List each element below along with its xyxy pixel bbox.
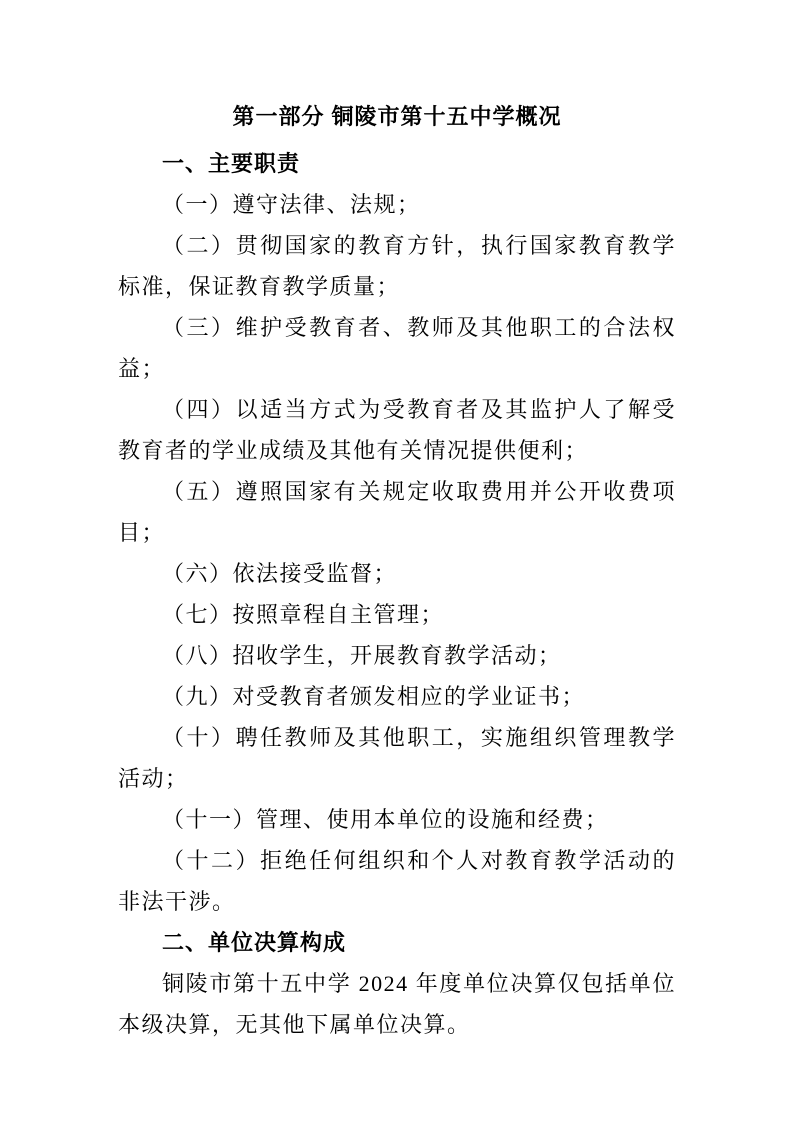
list-item: （二）贯彻国家的教育方针，执行国家教育教学标准，保证教育教学质量； (118, 225, 676, 307)
list-item: （一）遵守法律、法规； (118, 184, 676, 225)
list-item: （五）遵照国家有关规定收取费用并公开收费项目； (118, 471, 676, 553)
list-item: （七）按照章程自主管理； (118, 594, 676, 635)
list-item: （九）对受教育者颁发相应的学业证书； (118, 676, 676, 717)
list-item: （三）维护受教育者、教师及其他职工的合法权益； (118, 307, 676, 389)
list-item: （十二）拒绝任何组织和个人对教育教学活动的非法干涉。 (118, 840, 676, 922)
document-page: 第一部分 铜陵市第十五中学概况 一、主要职责 （一）遵守法律、法规； （二）贯彻… (0, 0, 793, 1122)
list-item: （十）聘任教师及其他职工，实施组织管理教学活动； (118, 717, 676, 799)
list-item: （十一）管理、使用本单位的设施和经费； (118, 799, 676, 840)
list-item: （六）依法接受监督； (118, 553, 676, 594)
section-heading-main-duties: 一、主要职责 (118, 143, 676, 184)
list-item: （四）以适当方式为受教育者及其监护人了解受教育者的学业成绩及其他有关情况提供便利… (118, 389, 676, 471)
paragraph-unit-accounts: 铜陵市第十五中学 2024 年度单位决算仅包括单位本级决算，无其他下属单位决算。 (118, 963, 676, 1045)
page-title: 第一部分 铜陵市第十五中学概况 (118, 95, 676, 139)
list-item: （八）招收学生，开展教育教学活动； (118, 635, 676, 676)
section-heading-unit-accounts: 二、单位决算构成 (118, 922, 676, 963)
